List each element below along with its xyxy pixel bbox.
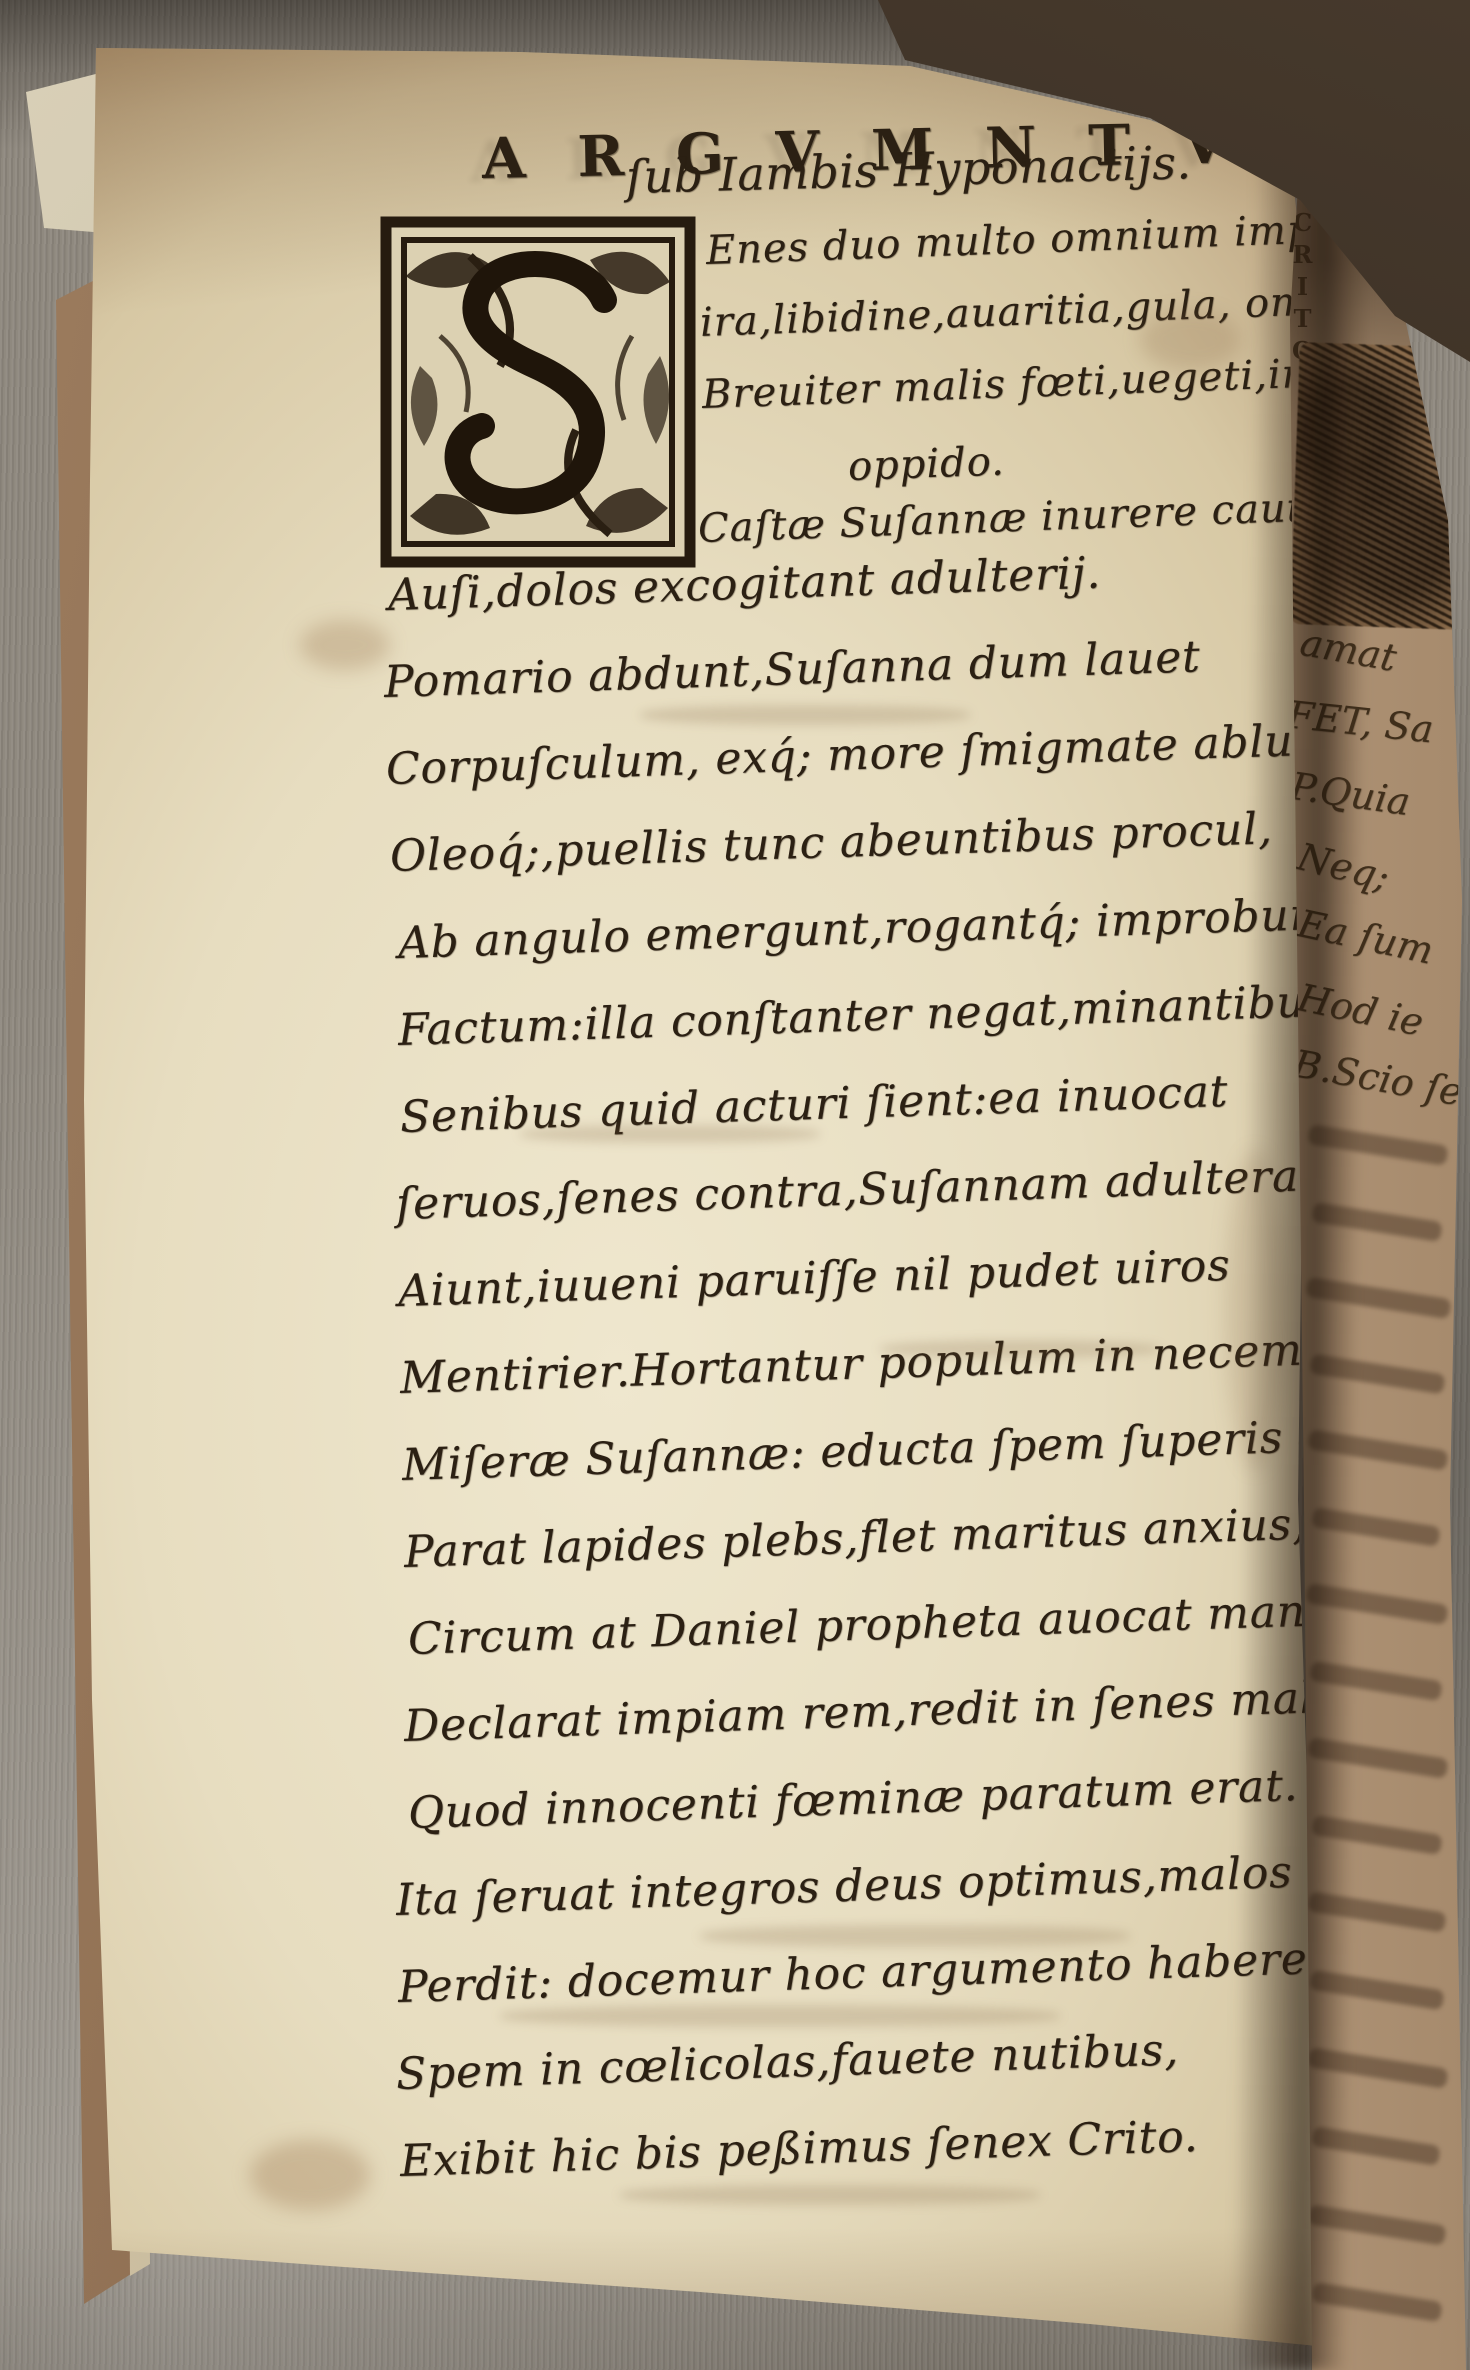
verse-line: Oleoq́;,puellis tunc abeuntibus procul, bbox=[389, 803, 1273, 882]
verse-line: Corpuſculum, exq́; more ſmigmate abluat bbox=[385, 714, 1339, 795]
paper-stain bbox=[250, 2140, 370, 2210]
paper-stain bbox=[1140, 310, 1240, 370]
verse-line: Quod innocenti fœminæ paratum erat. bbox=[407, 1760, 1299, 1839]
verse-line: Aiunt,iuueni paruiſſe nil pudet uiros bbox=[397, 1240, 1231, 1317]
ink-showthrough bbox=[700, 1925, 1130, 1947]
verse-line: Spem in cœlicolas,fauete nutibus, bbox=[395, 2024, 1179, 2100]
paper-stain bbox=[300, 620, 390, 670]
verse-line: ſeruos,ſenes contra,Suſannam adulteram bbox=[395, 1149, 1342, 1230]
verse-line: Factum:illa conſtanter negat,minantibus bbox=[397, 976, 1330, 1056]
verse-line: Parat lapides plebs,flet maritus anxius, bbox=[403, 1499, 1307, 1578]
verse-line: Pomario abdunt,Suſanna dum lauet bbox=[383, 631, 1201, 708]
ink-showthrough bbox=[880, 1340, 1160, 1358]
verse-line: Mentirier.Hortantur populum in necem bbox=[399, 1325, 1303, 1404]
opening-line: oppido. bbox=[847, 439, 1005, 490]
ink-showthrough bbox=[640, 705, 970, 725]
ink-showthrough bbox=[620, 2185, 1040, 2205]
verse-line: Circum at Daniel propheta auocat manus. bbox=[407, 1584, 1374, 1665]
book-photograph: ARGVMNTVM ARGVMNTVM ſub Iambis Hyponacti… bbox=[0, 0, 1470, 2370]
verse-line: Ita ſeruat integros deus optimus,malos bbox=[395, 1847, 1293, 1926]
ink-showthrough bbox=[520, 1125, 820, 1143]
verse-line: Ab angulo emergunt,rogantq́; improbum bbox=[397, 889, 1332, 969]
verse-line: Exibit hic bis peßimus ſenex Crito. bbox=[399, 2111, 1199, 2187]
ink-showthrough bbox=[500, 2005, 1060, 2027]
gutter-shadow bbox=[1231, 129, 1370, 2370]
decorated-initial-s-woodcut-icon bbox=[380, 216, 696, 568]
